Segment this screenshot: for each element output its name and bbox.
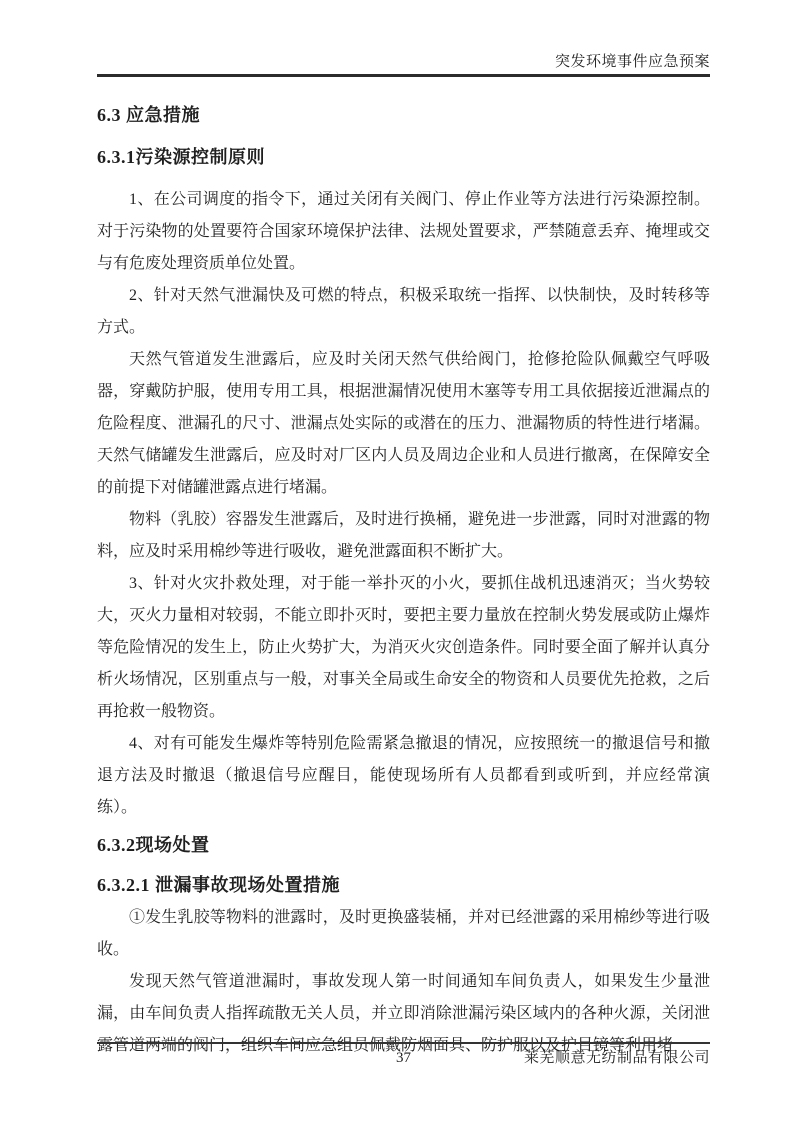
- heading-6-3-2: 6.3.2现场处置: [97, 834, 710, 856]
- heading-6-3-1: 6.3.1污染源控制原则: [97, 146, 710, 168]
- paragraph-explosion-retreat: 4、对有可能发生爆炸等特别危险需紧急撤退的情况，应按照统一的撤退信号和撤退方法及…: [97, 728, 710, 824]
- paragraph-gas-leak-principle: 2、针对天然气泄漏快及可燃的特点，积极采取统一指挥、以快制快，及时转移等方式。: [97, 280, 710, 344]
- page-footer: 37 莱芜顺意无纺制品有限公司: [97, 1042, 710, 1068]
- page-content: 6.3 应急措施 6.3.1污染源控制原则 1、在公司调度的指令下，通过关闭有关…: [97, 104, 710, 1062]
- paragraph-fire-fighting: 3、针对火灾扑救处理，对于能一举扑灭的小火，要抓住战机迅速消灭；当火势较大，灭火…: [97, 568, 710, 728]
- paragraph-gas-pipeline-leak: 天然气管道发生泄露后，应及时关闭天然气供给阀门，抢修抢险队佩戴空气呼吸器，穿戴防…: [97, 344, 710, 504]
- paragraph-material-container-leak: 物料（乳胶）容器发生泄露后，及时进行换桶，避免进一步泄露，同时对泄露的物料，应及…: [97, 504, 710, 568]
- footer-row: 37 莱芜顺意无纺制品有限公司: [97, 1048, 710, 1068]
- heading-6-3-2-1: 6.3.2.1 泄漏事故现场处置措施: [97, 874, 710, 896]
- paragraph-pollution-control-1: 1、在公司调度的指令下，通过关闭有关阀门、停止作业等方法进行污染源控制。对于污染…: [97, 184, 710, 280]
- header-title: 突发环境事件应急预案: [97, 54, 710, 71]
- page-header: 突发环境事件应急预案: [97, 54, 710, 77]
- paragraph-latex-leak-measure: ①发生乳胶等物料的泄露时，及时更换盛装桶，并对已经泄露的采用棉纱等进行吸收。: [97, 902, 710, 966]
- heading-6-3: 6.3 应急措施: [97, 104, 710, 126]
- document-page: 突发环境事件应急预案 6.3 应急措施 6.3.1污染源控制原则 1、在公司调度…: [0, 0, 800, 1131]
- footer-company-name: 莱芜顺意无纺制品有限公司: [524, 1048, 710, 1068]
